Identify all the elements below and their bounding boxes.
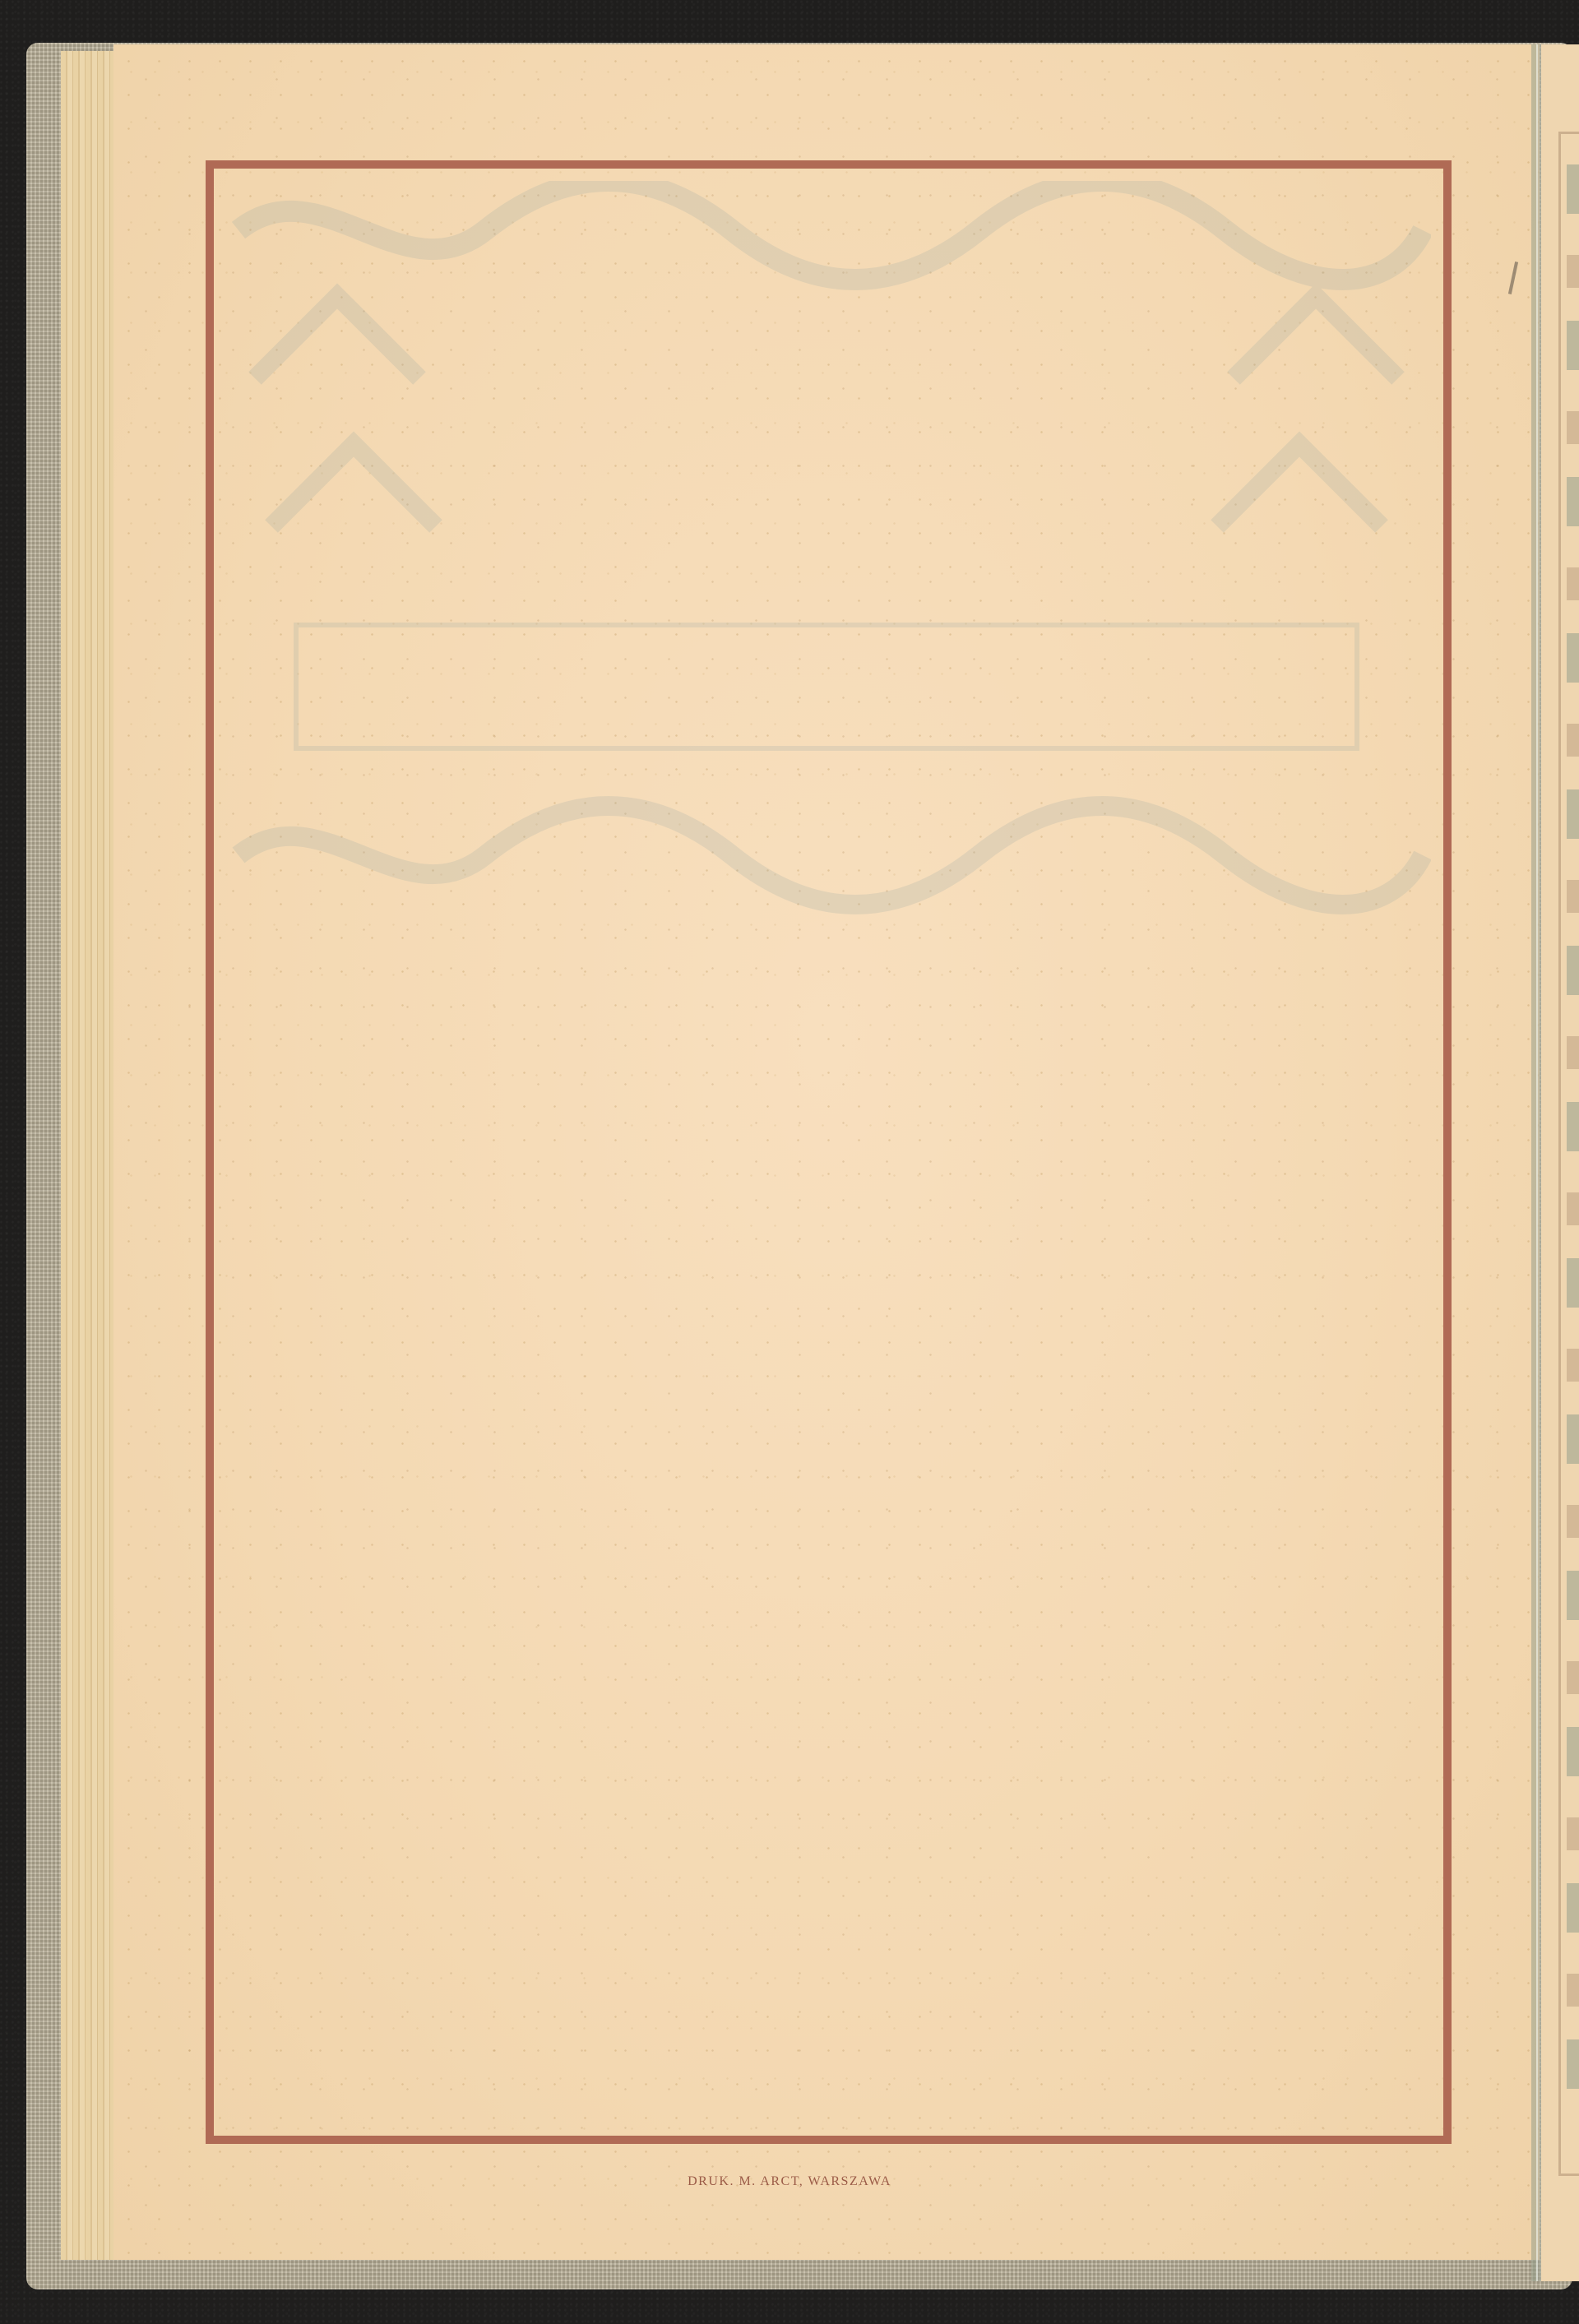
facing-page-ornament xyxy=(1567,164,1579,2122)
printer-imprint: DRUK. M. ARCT, WARSZAWA xyxy=(0,2174,1579,2189)
page-border-frame xyxy=(206,160,1452,2144)
page-edges xyxy=(61,51,118,2260)
